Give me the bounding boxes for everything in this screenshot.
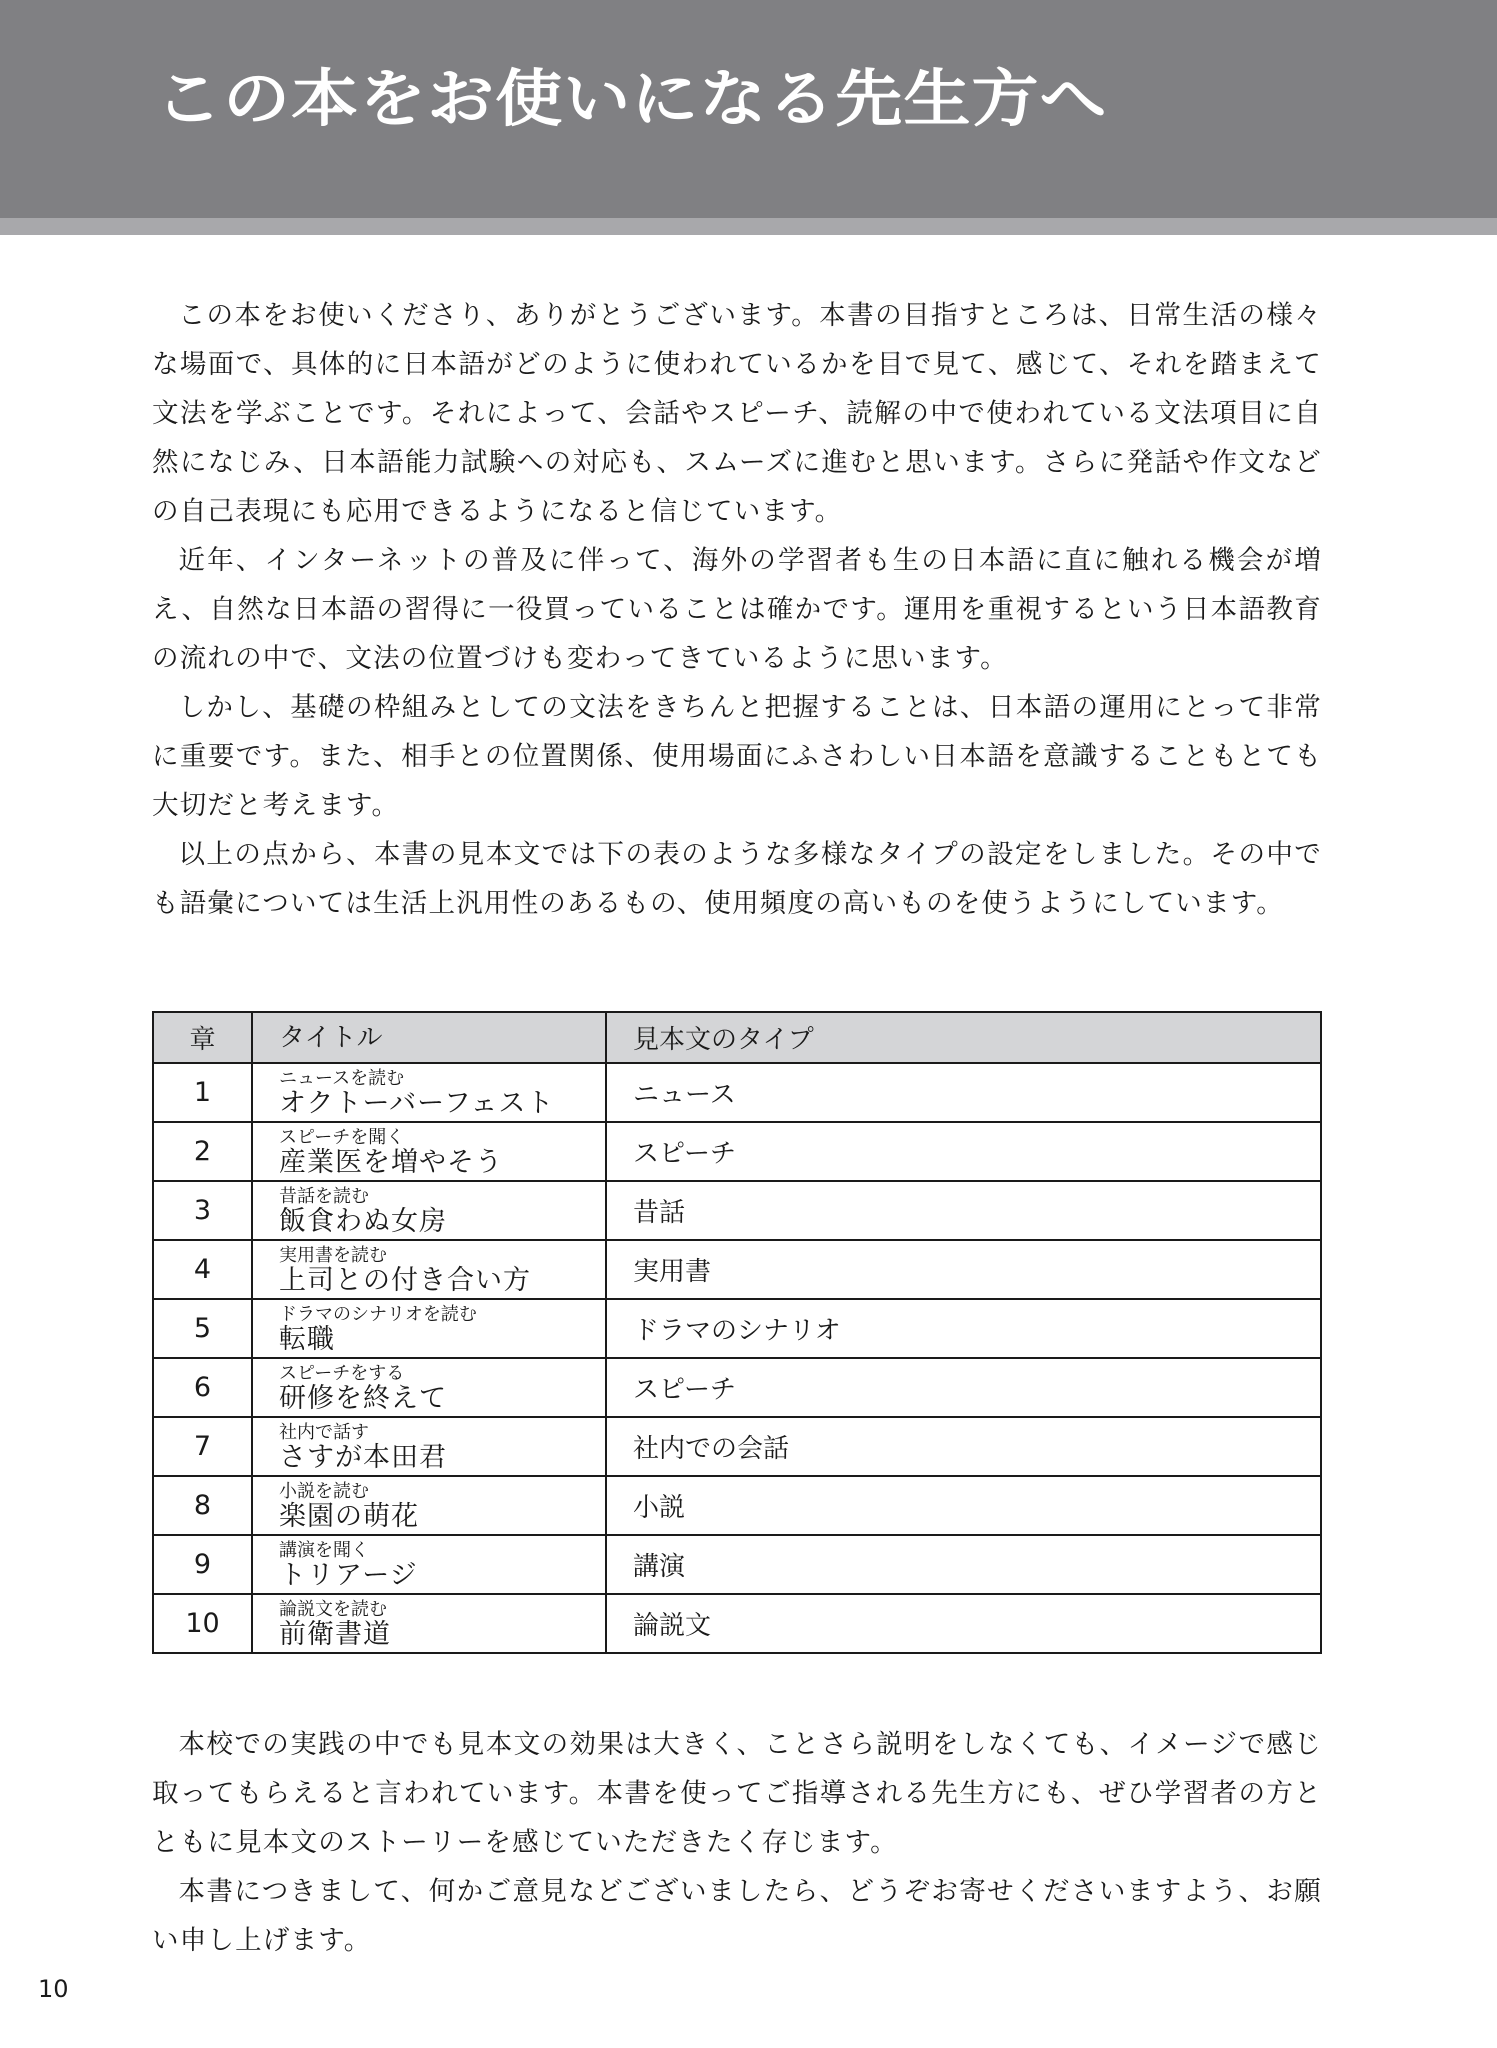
chapter-number: 6 [153, 1358, 252, 1417]
page-number: 10 [38, 1975, 69, 2003]
intro-paragraph: 近年、インターネットの普及に伴って、海外の学習者も生の日本語に直に触れる機会が増… [152, 536, 1322, 683]
header-type: 見本文のタイプ [606, 1012, 1321, 1063]
chapter-number: 10 [153, 1594, 252, 1653]
outro-text: 本校での実践の中でも見本文の効果は大きく、ことさら説明をしなくても、イメージで感… [152, 1720, 1322, 1965]
text-type: スピーチ [606, 1122, 1321, 1181]
text-type: ニュース [606, 1063, 1321, 1122]
chapter-title-cell: 論説文を読む前衛書道 [252, 1594, 606, 1653]
table-row: 3 昔話を読む飯食わぬ女房 昔話 [153, 1181, 1321, 1240]
chapter-title: オクトーバーフェスト [279, 1090, 605, 1117]
text-type: 論説文 [606, 1594, 1321, 1653]
text-type: 社内での会話 [606, 1417, 1321, 1476]
chapter-number: 5 [153, 1299, 252, 1358]
chapter-title-cell: 社内で話すさすが本田君 [252, 1417, 606, 1476]
chapter-title-cell: スピーチを聞く産業医を増やそう [252, 1122, 606, 1181]
chapter-title: 前衛書道 [279, 1621, 605, 1648]
intro-paragraph: この本をお使いくださり、ありがとうございます。本書の目指すところは、日常生活の様… [152, 291, 1322, 536]
table-row: 1 ニュースを読むオクトーバーフェスト ニュース [153, 1063, 1321, 1122]
table-row: 9 講演を聞くトリアージ 講演 [153, 1535, 1321, 1594]
chapter-title: さすが本田君 [279, 1444, 605, 1471]
text-type: 小説 [606, 1476, 1321, 1535]
chapter-title: 楽園の萌花 [279, 1503, 605, 1530]
chapter-subtitle: スピーチをする [279, 1365, 605, 1383]
chapter-title-cell: ドラマのシナリオを読む転職 [252, 1299, 606, 1358]
page-title: この本をお使いになる先生方へ [155, 68, 1108, 130]
chapter-number: 4 [153, 1240, 252, 1299]
table-header-row: 章 タイトル 見本文のタイプ [153, 1012, 1321, 1063]
chapter-number: 9 [153, 1535, 252, 1594]
chapter-title-cell: 実用書を読む上司との付き合い方 [252, 1240, 606, 1299]
header-stripe [0, 218, 1497, 235]
intro-paragraph: 以上の点から、本書の見本文では下の表のような多様なタイプの設定をしました。その中… [152, 830, 1322, 928]
text-type: スピーチ [606, 1358, 1321, 1417]
intro-paragraph: しかし、基礎の枠組みとしての文法をきちんと把握することは、日本語の運用にとって非… [152, 683, 1322, 830]
chapter-subtitle: 講演を聞く [279, 1542, 605, 1560]
chapter-subtitle: 社内で話す [279, 1424, 605, 1442]
chapter-subtitle: スピーチを聞く [279, 1129, 605, 1147]
text-type: ドラマのシナリオ [606, 1299, 1321, 1358]
chapter-number: 7 [153, 1417, 252, 1476]
chapter-number: 1 [153, 1063, 252, 1122]
chapter-subtitle: 昔話を読む [279, 1188, 605, 1206]
chapter-number: 8 [153, 1476, 252, 1535]
chapter-subtitle: 実用書を読む [279, 1247, 605, 1265]
chapter-subtitle: ニュースを読む [279, 1070, 605, 1088]
chapter-title: 産業医を増やそう [279, 1149, 605, 1176]
chapter-title: 上司との付き合い方 [279, 1267, 605, 1294]
chapter-title-cell: 講演を聞くトリアージ [252, 1535, 606, 1594]
chapter-title: 転職 [279, 1326, 605, 1353]
chapter-title-cell: スピーチをする研修を終えて [252, 1358, 606, 1417]
table-row: 5 ドラマのシナリオを読む転職 ドラマのシナリオ [153, 1299, 1321, 1358]
text-type: 昔話 [606, 1181, 1321, 1240]
table-row: 8 小説を読む楽園の萌花 小説 [153, 1476, 1321, 1535]
chapter-title: 飯食わぬ女房 [279, 1208, 605, 1235]
outro-paragraph: 本校での実践の中でも見本文の効果は大きく、ことさら説明をしなくても、イメージで感… [152, 1720, 1322, 1867]
header-title: タイトル [252, 1012, 606, 1063]
table-row: 2 スピーチを聞く産業医を増やそう スピーチ [153, 1122, 1321, 1181]
chapter-title-cell: 昔話を読む飯食わぬ女房 [252, 1181, 606, 1240]
outro-paragraph: 本書につきまして、何かご意見などございましたら、どうぞお寄せくださいますよう、お… [152, 1867, 1322, 1965]
chapter-subtitle: 論説文を読む [279, 1601, 605, 1619]
chapter-title: 研修を終えて [279, 1385, 605, 1412]
chapter-subtitle: 小説を読む [279, 1483, 605, 1501]
text-type: 実用書 [606, 1240, 1321, 1299]
header-chapter: 章 [153, 1012, 252, 1063]
table-row: 6 スピーチをする研修を終えて スピーチ [153, 1358, 1321, 1417]
chapter-title-cell: 小説を読む楽園の萌花 [252, 1476, 606, 1535]
text-type: 講演 [606, 1535, 1321, 1594]
table-row: 4 実用書を読む上司との付き合い方 実用書 [153, 1240, 1321, 1299]
table-row: 7 社内で話すさすが本田君 社内での会話 [153, 1417, 1321, 1476]
text-type-table: 章 タイトル 見本文のタイプ 1 ニュースを読むオクトーバーフェスト ニュース … [152, 1011, 1322, 1654]
chapter-number: 3 [153, 1181, 252, 1240]
chapter-subtitle: ドラマのシナリオを読む [279, 1306, 605, 1324]
chapter-title-cell: ニュースを読むオクトーバーフェスト [252, 1063, 606, 1122]
chapter-title: トリアージ [279, 1562, 605, 1589]
table-row: 10 論説文を読む前衛書道 論説文 [153, 1594, 1321, 1653]
intro-text: この本をお使いくださり、ありがとうございます。本書の目指すところは、日常生活の様… [152, 291, 1322, 928]
chapter-number: 2 [153, 1122, 252, 1181]
